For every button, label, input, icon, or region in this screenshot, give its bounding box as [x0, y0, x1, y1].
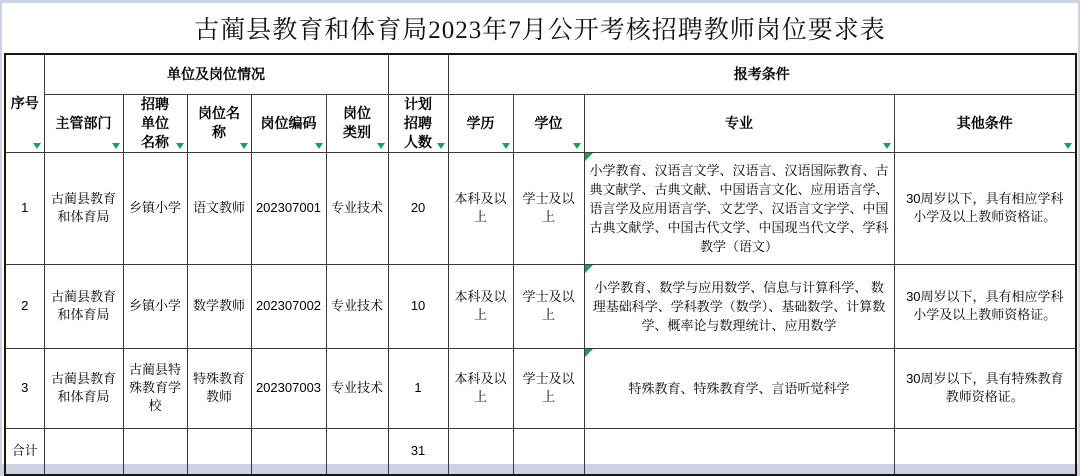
cell-other: 30周岁以下，具有相应学科小学及以上教师资格证。	[894, 264, 1076, 348]
total-count: 31	[388, 428, 448, 475]
cell-dept: 古蔺县教育和体育局	[44, 264, 123, 348]
col-header-academic: 学位	[513, 94, 584, 152]
filter-dropdown-icon[interactable]	[502, 143, 510, 149]
header-group-row: 序号 单位及岗位情况 报考条件	[5, 54, 1076, 94]
table-row: 1 古蔺县教育和体育局 乡镇小学 语文教师 202307001 专业技术 20 …	[5, 152, 1076, 264]
cell-other: 30周岁以下，具有相应学科小学及以上教师资格证。	[894, 152, 1076, 264]
job-requirements-table: 序号 单位及岗位情况 报考条件 主管部门 招聘单位名称 岗位名称	[4, 53, 1077, 476]
cell-count: 20	[388, 152, 448, 264]
cell-post: 特殊教育教师	[187, 348, 251, 428]
filter-dropdown-icon[interactable]	[33, 143, 41, 149]
cell-type: 专业技术	[326, 348, 388, 428]
cell-type: 专业技术	[326, 152, 388, 264]
cell-post: 数学教师	[187, 264, 251, 348]
col-header-seq: 序号	[5, 54, 44, 152]
cell-code: 202307003	[251, 348, 326, 428]
table-title: 古蔺县教育和体育局2023年7月公开考核招聘教师岗位要求表	[2, 3, 1078, 53]
header-columns-row: 主管部门 招聘单位名称 岗位名称 岗位编码 岗位类别 计划招聘人数	[5, 94, 1076, 152]
cell-other: 30周岁以下，具有特殊教育教师资格证。	[894, 348, 1076, 428]
filter-dropdown-icon[interactable]	[573, 143, 581, 149]
cell-degree: 本科及以上	[448, 264, 513, 348]
col-header-degree: 学历	[448, 94, 513, 152]
empty-cell	[123, 428, 187, 475]
corner-flag-icon	[585, 153, 593, 161]
corner-flag-icon	[585, 349, 593, 357]
col-header-code: 岗位编码	[251, 94, 326, 152]
filter-dropdown-icon[interactable]	[315, 143, 323, 149]
col-header-count: 计划招聘人数	[388, 94, 448, 152]
cell-dept: 古蔺县教育和体育局	[44, 348, 123, 428]
table-row: 2 古蔺县教育和体育局 乡镇小学 数学教师 202307002 专业技术 10 …	[5, 264, 1076, 348]
empty-cell	[326, 428, 388, 475]
filter-dropdown-icon[interactable]	[883, 143, 891, 149]
total-label: 合计	[5, 428, 44, 475]
col-header-unit: 招聘单位名称	[123, 94, 187, 152]
header-group-conditions: 报考条件	[448, 54, 1076, 94]
filter-dropdown-icon[interactable]	[176, 143, 184, 149]
filter-dropdown-icon[interactable]	[377, 143, 385, 149]
cell-count: 10	[388, 264, 448, 348]
cell-dept: 古蔺县教育和体育局	[44, 152, 123, 264]
filter-dropdown-icon[interactable]	[1064, 143, 1072, 149]
cell-degree: 本科及以上	[448, 348, 513, 428]
header-group-unit: 单位及岗位情况	[44, 54, 388, 94]
spreadsheet-page: 古蔺县教育和体育局2023年7月公开考核招聘教师岗位要求表 序号 单位及岗位情况…	[2, 3, 1078, 464]
cell-seq: 1	[5, 152, 44, 264]
table-row: 3 古蔺县教育和体育局 古蔺县特殊教育学校 特殊教育教师 202307003 专…	[5, 348, 1076, 428]
cell-type: 专业技术	[326, 264, 388, 348]
cell-major: 小学教育、数学与应用数学、信息与计算科学、 数理基础科学、学科教学（数学）、基础…	[584, 264, 894, 348]
header-empty-cell	[388, 54, 448, 94]
cell-count: 1	[388, 348, 448, 428]
corner-flag-icon	[585, 265, 593, 273]
cell-unit: 古蔺县特殊教育学校	[123, 348, 187, 428]
cell-unit: 乡镇小学	[123, 152, 187, 264]
cell-major: 特殊教育、特殊教育学、言语听觉科学	[584, 348, 894, 428]
filter-dropdown-icon[interactable]	[112, 143, 120, 149]
cell-code: 202307002	[251, 264, 326, 348]
cell-academic: 学士及以上	[513, 264, 584, 348]
total-row: 合计 31	[5, 428, 1076, 475]
col-header-other: 其他条件	[894, 94, 1076, 152]
cell-academic: 学士及以上	[513, 348, 584, 428]
cell-seq: 3	[5, 348, 44, 428]
filter-dropdown-icon[interactable]	[240, 143, 248, 149]
cell-degree: 本科及以上	[448, 152, 513, 264]
empty-cell	[894, 428, 1076, 475]
empty-cell	[187, 428, 251, 475]
empty-cell	[251, 428, 326, 475]
empty-cell	[513, 428, 584, 475]
filter-dropdown-icon[interactable]	[437, 143, 445, 149]
empty-cell	[44, 428, 123, 475]
col-header-post: 岗位名称	[187, 94, 251, 152]
col-header-dept: 主管部门	[44, 94, 123, 152]
cell-unit: 乡镇小学	[123, 264, 187, 348]
col-header-type: 岗位类别	[326, 94, 388, 152]
cell-post: 语文教师	[187, 152, 251, 264]
col-header-major: 专业	[584, 94, 894, 152]
cell-seq: 2	[5, 264, 44, 348]
cell-academic: 学士及以上	[513, 152, 584, 264]
cell-major: 小学教育、汉语言文学、汉语言、汉语国际教育、古典文献学、古典文献、中国语言文化、…	[584, 152, 894, 264]
col-header-seq-label: 序号	[11, 95, 39, 111]
cell-code: 202307001	[251, 152, 326, 264]
empty-cell	[448, 428, 513, 475]
empty-cell	[584, 428, 894, 475]
